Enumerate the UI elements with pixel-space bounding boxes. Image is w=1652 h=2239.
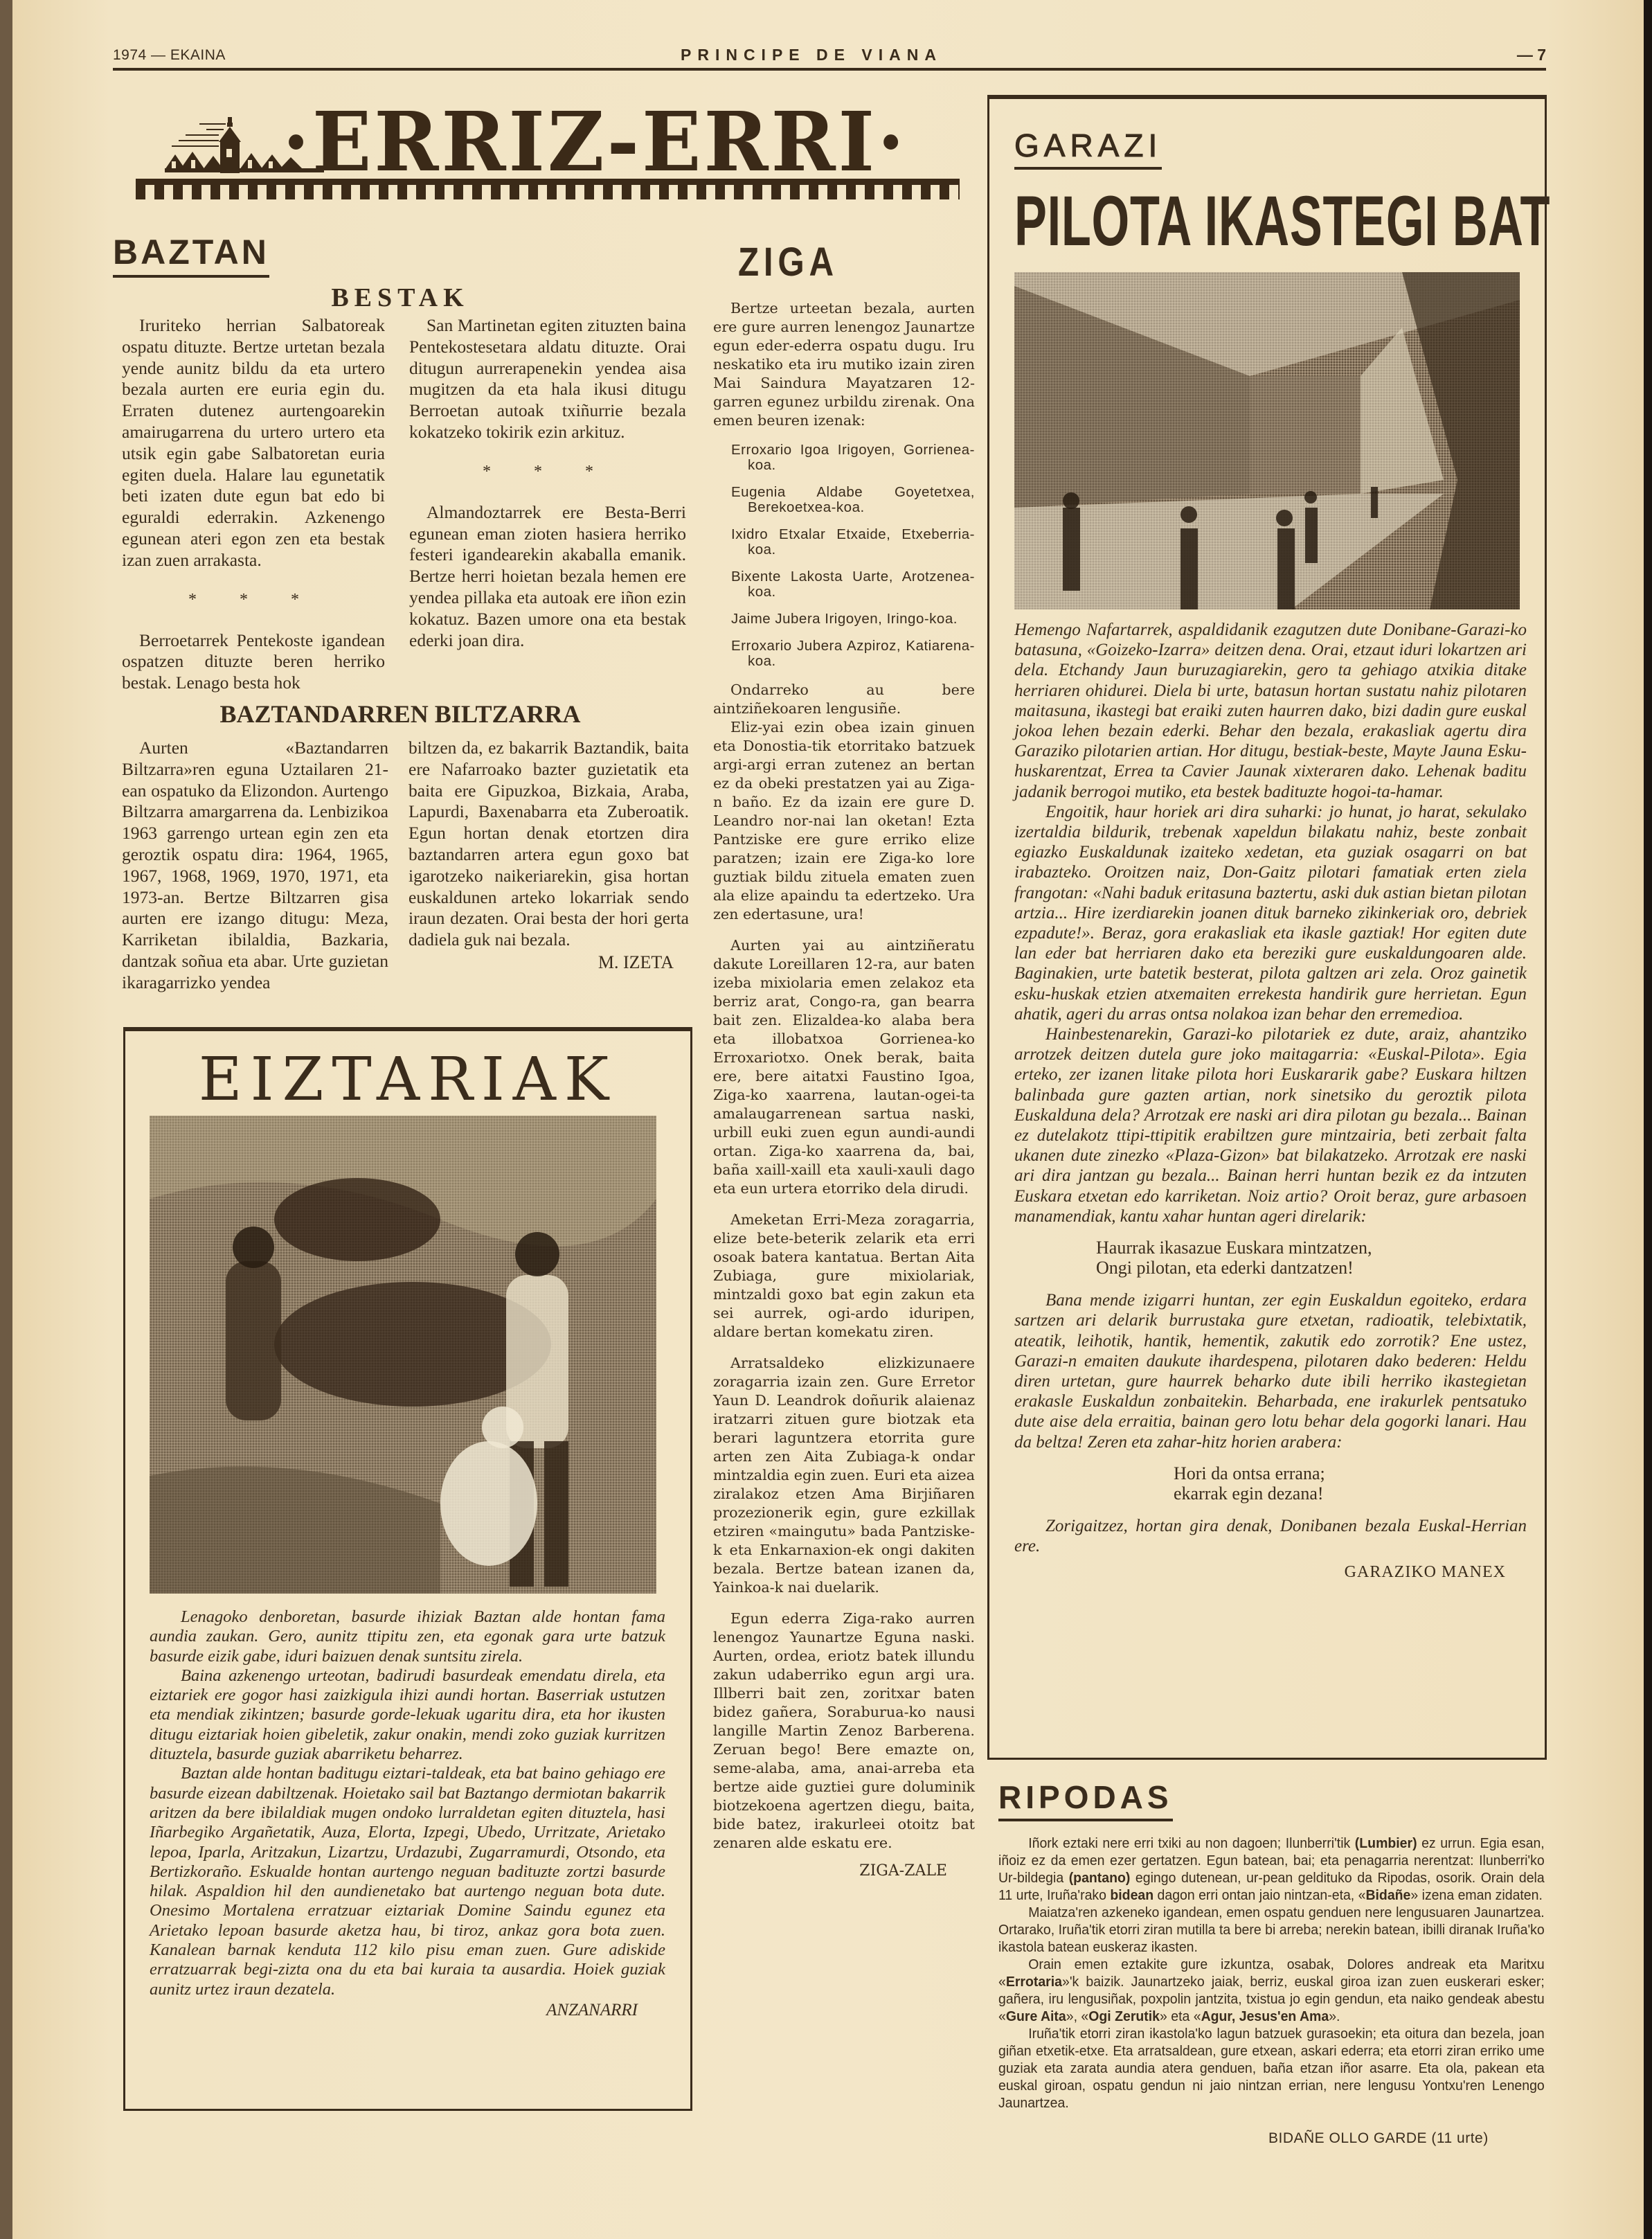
article-paragraph: Hainbestenarekin, Garazi-ko pilotariek e… [1014,1024,1527,1226]
verse-line: Hori da ontsa errana; [1174,1463,1527,1483]
article-paragraph: Almandoztarrek ere Besta-Berri egunean e… [409,502,686,652]
newspaper-page: 1974 — EKAINA PRINCIPE DE VIANA — 7 [12,0,1644,2239]
article-paragraph: Baztan alde hontan baditugu eiztari-tald… [150,1764,665,1999]
article-paragraph: Ameketan Erri-Meza zoragarria, elize bet… [713,1211,975,1341]
communicants-list: Erroxario Igoa Irigoyen, Gorrienea-koa. … [713,443,975,669]
eiztariak-box: EIZTARIAK Lenagoko denboretan, basurde i… [123,1027,692,2111]
ripodas-article: Iñork eztaki nere erri txiki au non dago… [998,1835,1545,2147]
running-head: 1974 — EKAINA PRINCIPE DE VIANA — 7 [113,40,1546,68]
article-paragraph: biltzen da, ez bakarrik Baztandik, baita… [408,738,689,951]
song-verse: Haurrak ikasazue Euskara mintzatzen, Ong… [1014,1238,1527,1278]
section-heading-ripodas: RIPODAS [998,1778,1173,1821]
article-paragraph: Iruña'tik etorri ziran ikastola'ko lagun… [998,2026,1545,2112]
ziga-column: Bertze urteetan bezala, aurten ere gure … [713,299,975,1880]
article-signature: M. IZETA [408,952,689,973]
garazi-article: Hemengo Nafartarrek, aspaldidanik ezagut… [1014,620,1527,1582]
pelota-court-photo [1014,272,1520,609]
bestak-column-1: Iruriteko herrian Salbatoreak ospatu dit… [122,315,385,694]
bestak-heading: BESTAK [113,283,688,313]
article-signature: GARAZIKO MANEX [1014,1563,1527,1582]
article-signature: BIDAÑE OLLO GARDE (11 urte) [1268,2130,1545,2147]
bestak-column-2: San Martinetan egiten zituzten baina Pen… [409,315,686,651]
article-paragraph: Zorigaitzez, hortan gira denak, Donibane… [1014,1516,1527,1556]
article-paragraph: San Martinetan egiten zituzten baina Pen… [409,315,686,443]
article-paragraph: Egun ederra Ziga-rako aurren lenengoz Ya… [713,1609,975,1853]
section-heading-ziga: ZIGA [738,239,838,285]
article-paragraph: Berroetarrek Pentekoste igandean ospatze… [122,630,385,694]
list-item: Bixente Lakosta Uarte, Arotzenea-koa. [713,569,975,600]
biltzarra-column-2: biltzen da, ez bakarrik Baztandik, baita… [408,738,689,973]
list-item: Eugenia Aldabe Goyetetxea, Berekoetxea-k… [713,485,975,515]
verse-line: Ongi pilotan, eta ederki dantzatzen! [1096,1258,1527,1278]
article-paragraph: Aurten yai au aintziñeratu dakute Loreil… [713,936,975,1198]
section-heading-garazi: GARAZI [1014,127,1162,170]
biltzarra-column-1: Aurten «Baztandarren Biltzarra»ren eguna… [122,738,388,994]
section-separator: * * * [122,591,385,609]
page-edge [1644,0,1652,2239]
article-paragraph: Iñork eztaki nere erri txiki au non dago… [998,1835,1545,1905]
article-paragraph: Bertze urteetan bezala, aurten ere gure … [713,299,975,430]
issue-date: 1974 — EKAINA [113,47,226,64]
header-rule [113,68,1546,71]
proverb-verse: Hori da ontsa errana; ekarrak egin dezan… [1014,1463,1527,1504]
list-item: Erroxario Jubera Azpiroz, Katiarena-koa. [713,639,975,669]
article-signature: ZIGA-ZALE [713,1862,975,1880]
page-number: — 7 [1517,46,1546,64]
hunters-photo [150,1116,656,1594]
article-paragraph: Bana mende izigarri huntan, zer egin Eus… [1014,1290,1527,1452]
verse-line: Haurrak ikasazue Euskara mintzatzen, [1096,1238,1527,1258]
article-paragraph: Engoitik, haur horiek ari dira suharki: … [1014,802,1527,1024]
publication-name: PRINCIPE DE VIANA [681,46,942,64]
section-separator: * * * [409,463,686,481]
eiztariak-article: Lenagoko denboretan, basurde ihiziak Baz… [150,1607,665,2020]
article-signature: ANZANARRI [150,2001,665,2020]
article-paragraph: Orain emen eztakite gure izkuntza, osaba… [998,1956,1545,2026]
section-heading-baztan: BAZTAN [113,232,269,278]
article-paragraph: Ondarreko au bere aintziñekoaren lengusi… [713,681,975,718]
list-item: Ixidro Etxalar Etxaide, Etxeberria-koa. [713,527,975,557]
list-item: Jaime Jubera Irigoyen, Iringo-koa. [713,612,975,627]
verse-line: ekarrak egin dezana! [1174,1483,1527,1504]
article-paragraph: Lenagoko denboretan, basurde ihiziak Baz… [150,1607,665,1666]
masthead: ·ERRIZ-ERRI· [123,97,958,201]
biltzarra-heading: BAZTANDARREN BILTZARRA [113,699,688,729]
garazi-headline: PILOTA IKASTEGI BAT [1014,181,1550,262]
list-item: Erroxario Igoa Irigoyen, Gorrienea-koa. [713,443,975,473]
article-paragraph: Aurten «Baztandarren Biltzarra»ren eguna… [122,738,388,994]
article-paragraph: Arratsaldeko elizkizunaere zoragarria iz… [713,1354,975,1597]
masthead-title: ·ERRIZ-ERRI· [282,95,907,190]
article-paragraph: Hemengo Nafartarrek, aspaldidanik ezagut… [1014,620,1527,802]
article-paragraph: Eliz-yai ezin obea izain ginuen eta Dono… [713,718,975,924]
pelota-court-photo-icon [1014,272,1520,609]
binding-edge [0,0,12,2239]
eiztariak-headline: EIZTARIAK [125,1045,690,1114]
masthead-ornament [136,179,960,199]
article-paragraph: Baina azkenengo urteotan, badirudi basur… [150,1666,665,1764]
article-paragraph: Iruriteko herrian Salbatoreak ospatu dit… [122,315,385,571]
garazi-box: GARAZI PILOTA IKASTEGI BAT Hemengo [987,95,1547,1760]
article-paragraph: Maiatza'ren azkeneko igandean, emen ospa… [998,1905,1545,1956]
hunters-boar-dog-photo-icon [150,1116,656,1594]
